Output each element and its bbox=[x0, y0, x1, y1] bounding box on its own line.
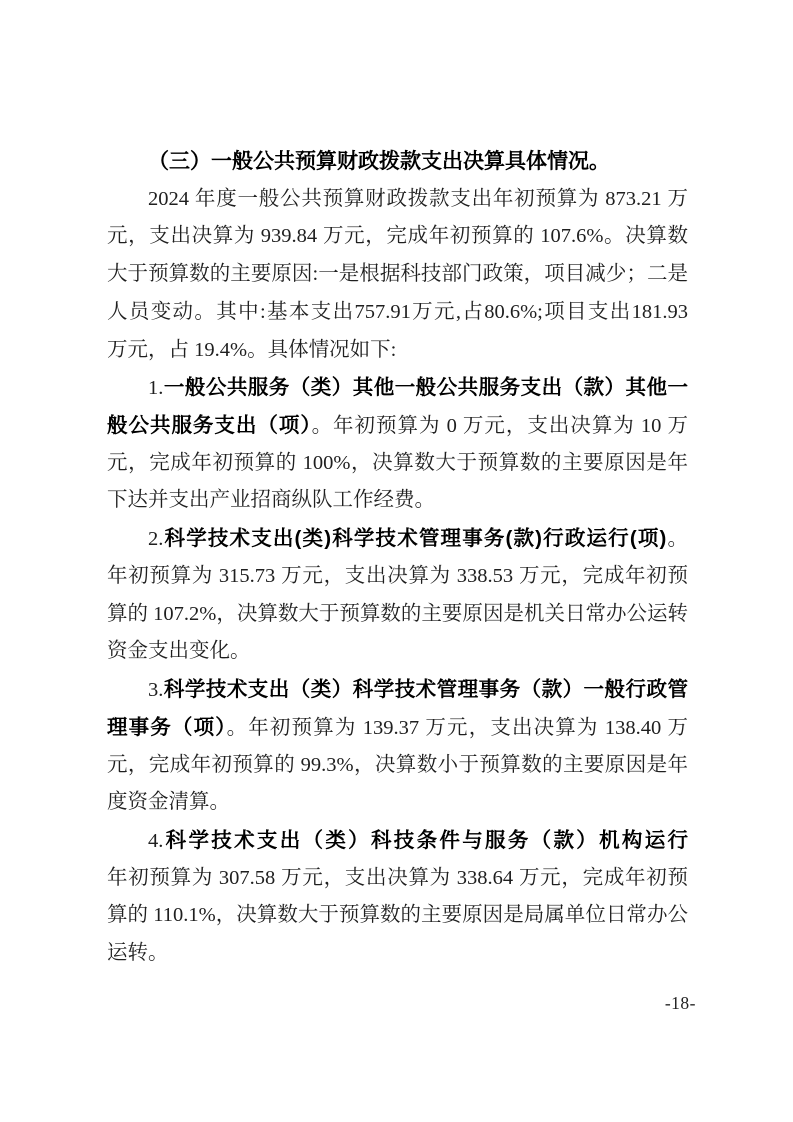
text-line: 1.一般公共服务（类）其他一般公共服务支出（款）其他一 bbox=[107, 369, 688, 407]
document-page: （三）一般公共预算财政拨款支出决算具体情况。 2024 年度一般公共预算财政拨款… bbox=[0, 0, 793, 1122]
text-line: 算的 110.1%，决算数大于预算数的主要原因是局属单位日常办公 bbox=[107, 897, 688, 935]
text-segment: 运转。 bbox=[107, 942, 169, 964]
text-line: 2.科学技术支出(类)科学技术管理事务(款)行政运行(项)。 bbox=[107, 520, 688, 558]
text-segment: 大于预算数的主要原因:一是根据科技部门政策，项目减少；二是 bbox=[107, 263, 688, 285]
text-segment: 年初预算为 315.73 万元，支出决算为 338.53 万元，完成年初预 bbox=[107, 565, 688, 587]
text-segment: 算的 110.1%，决算数大于预算数的主要原因是局属单位日常办公 bbox=[107, 904, 688, 926]
text-segment: 2. bbox=[148, 528, 163, 550]
paragraph-item-1-general-public-services: 1.一般公共服务（类）其他一般公共服务支出（款）其他一般公共服务支出（项）。年初… bbox=[107, 369, 688, 520]
text-line: 元，完成年初预算的 99.3%，决算数小于预算数的主要原因是年 bbox=[107, 747, 688, 785]
text-column: （三）一般公共预算财政拨款支出决算具体情况。 2024 年度一般公共预算财政拨款… bbox=[107, 143, 688, 973]
text-segment: 度资金清算。 bbox=[107, 791, 230, 813]
text-line: 资金支出变化。 bbox=[107, 633, 688, 671]
text-segment: 。年初预算为 139.37 万元，支出决算为 138.40 万 bbox=[227, 717, 688, 739]
text-segment: 万元，占 19.4%。具体情况如下: bbox=[107, 339, 396, 361]
text-segment: 元，支出决算为 939.84 万元，完成年初预算的 107.6%。决算数 bbox=[107, 225, 688, 247]
text-segment: 人员变动。其中:基本支出757.91万元,占80.6%;项目支出181.93 bbox=[107, 301, 688, 323]
text-segment: 年初预算为 307.58 万元，支出决算为 338.64 万元，完成年初预 bbox=[107, 867, 688, 889]
page-number: -18- bbox=[665, 991, 696, 1015]
text-line: 3.科学技术支出（类）科学技术管理事务（款）一般行政管 bbox=[107, 671, 688, 709]
bold-text-segment: 科学技术支出（类）科学技术管理事务（款）一般行政管 bbox=[163, 678, 688, 701]
text-segment: 2024 年度一般公共预算财政拨款支出年初预算为 873.21 万 bbox=[148, 188, 688, 210]
text-line: 元，完成年初预算的 100%，决算数大于预算数的主要原因是年中 bbox=[107, 445, 688, 483]
bold-text-segment: 理事务（项） bbox=[107, 716, 227, 739]
text-line: 年初预算为 307.58 万元，支出决算为 338.64 万元，完成年初预 bbox=[107, 860, 688, 898]
paragraph-item-3-general-admin-affairs: 3.科学技术支出（类）科学技术管理事务（款）一般行政管理事务（项）。年初预算为 … bbox=[107, 671, 688, 822]
text-line: 人员变动。其中:基本支出757.91万元,占80.6%;项目支出181.93 bbox=[107, 294, 688, 332]
text-line: 年初预算为 315.73 万元，支出决算为 338.53 万元，完成年初预 bbox=[107, 558, 688, 596]
text-segment: 资金支出变化。 bbox=[107, 640, 251, 662]
bold-text-segment: 科学技术支出（类）科技条件与服务（款）机构运行（项） bbox=[107, 829, 688, 860]
text-segment: 元，完成年初预算的 100%，决算数大于预算数的主要原因是年中 bbox=[107, 452, 688, 483]
text-segment: 1. bbox=[148, 377, 163, 399]
text-line: 算的 107.2%，决算数大于预算数的主要原因是机关日常办公运转 bbox=[107, 596, 688, 634]
text-segment: 4. bbox=[148, 830, 163, 852]
text-line: 下达并支出产业招商纵队工作经费。 bbox=[107, 482, 688, 520]
text-line: 万元，占 19.4%。具体情况如下: bbox=[107, 332, 688, 370]
text-line: 4.科学技术支出（类）科技条件与服务（款）机构运行（项）。 bbox=[107, 822, 688, 860]
text-line: 2024 年度一般公共预算财政拨款支出年初预算为 873.21 万 bbox=[107, 181, 688, 219]
bold-text-segment: 般公共服务支出（项） bbox=[107, 414, 312, 437]
text-segment: 3. bbox=[148, 679, 163, 701]
paragraph-item-2-admin-operation: 2.科学技术支出(类)科学技术管理事务(款)行政运行(项)。年初预算为 315.… bbox=[107, 520, 688, 671]
text-segment: 。 bbox=[666, 528, 688, 550]
text-line: 度资金清算。 bbox=[107, 784, 688, 822]
text-line: 大于预算数的主要原因:一是根据科技部门政策，项目减少；二是 bbox=[107, 256, 688, 294]
text-line: 运转。 bbox=[107, 935, 688, 973]
text-line: 元，支出决算为 939.84 万元，完成年初预算的 107.6%。决算数 bbox=[107, 218, 688, 256]
bold-text-segment: 一般公共服务（类）其他一般公共服务支出（款）其他一 bbox=[163, 376, 688, 399]
paragraph-item-4-institution-operation: 4.科学技术支出（类）科技条件与服务（款）机构运行（项）。年初预算为 307.5… bbox=[107, 822, 688, 973]
text-line: 理事务（项）。年初预算为 139.37 万元，支出决算为 138.40 万 bbox=[107, 709, 688, 747]
bold-text-segment: 科学技术支出(类)科学技术管理事务(款)行政运行(项) bbox=[163, 527, 666, 550]
text-line: 般公共服务支出（项）。年初预算为 0 万元，支出决算为 10 万 bbox=[107, 407, 688, 445]
section-heading: （三）一般公共预算财政拨款支出决算具体情况。 bbox=[107, 143, 688, 181]
text-segment: 元，完成年初预算的 99.3%，决算数小于预算数的主要原因是年 bbox=[107, 754, 688, 776]
text-segment: 。年初预算为 0 万元，支出决算为 10 万 bbox=[312, 415, 688, 437]
text-segment: 下达并支出产业招商纵队工作经费。 bbox=[107, 489, 435, 511]
paragraph-overview: 2024 年度一般公共预算财政拨款支出年初预算为 873.21 万元，支出决算为… bbox=[107, 181, 688, 370]
paragraphs-container: 2024 年度一般公共预算财政拨款支出年初预算为 873.21 万元，支出决算为… bbox=[107, 181, 688, 973]
text-segment: 算的 107.2%，决算数大于预算数的主要原因是机关日常办公运转 bbox=[107, 603, 688, 625]
